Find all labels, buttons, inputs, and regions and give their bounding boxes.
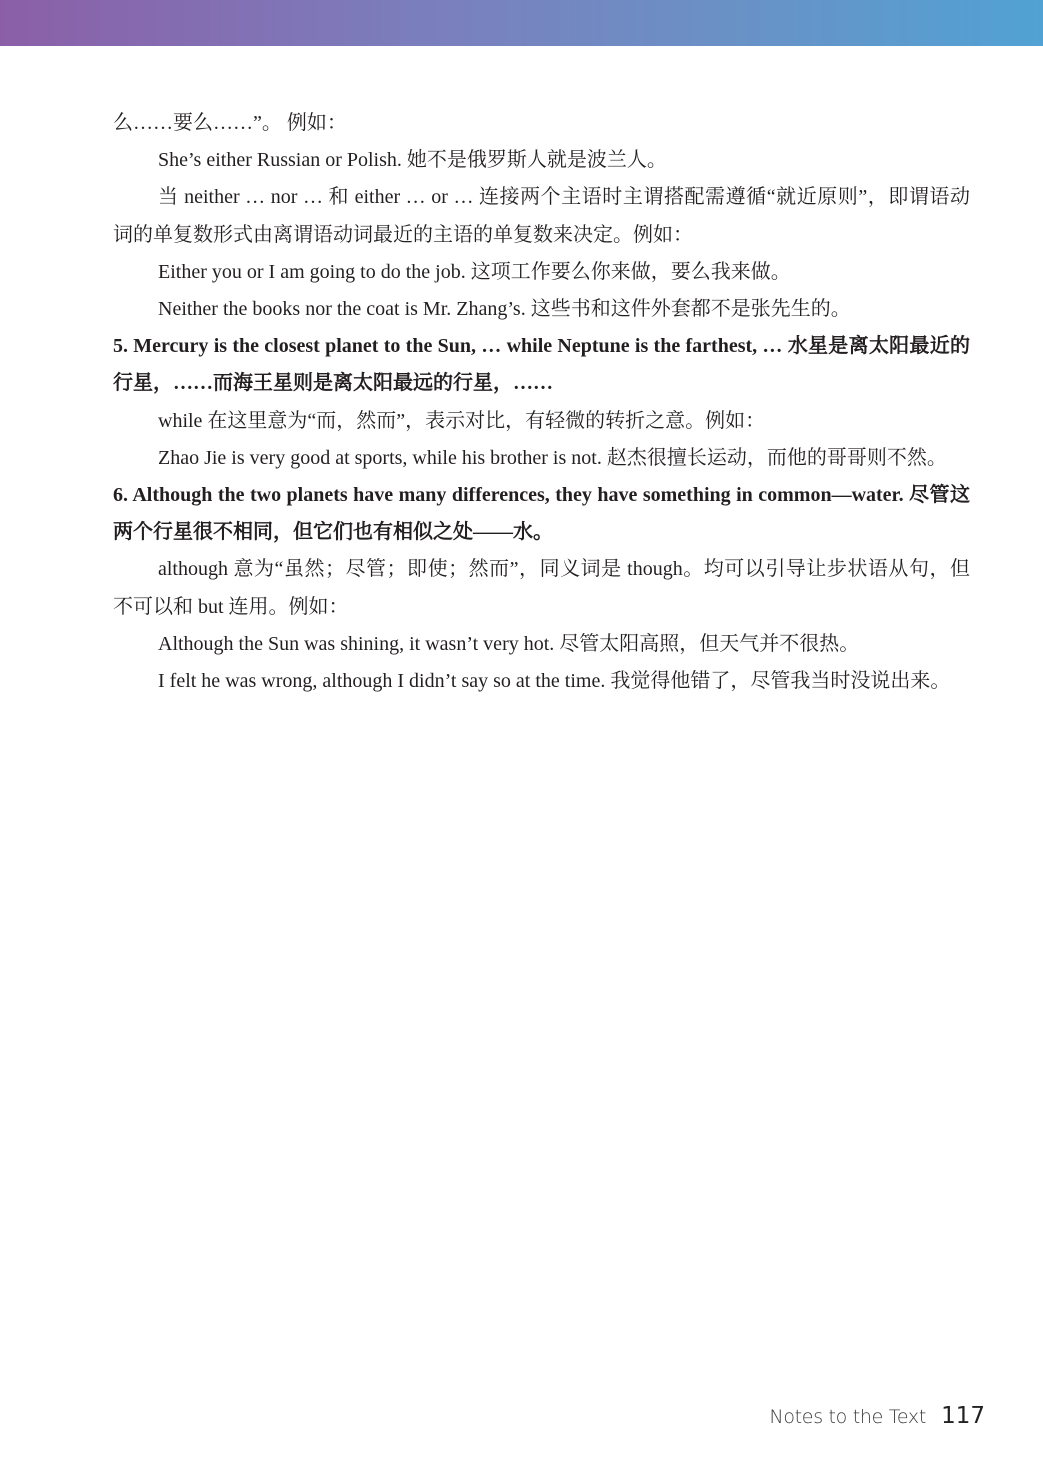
example-sentence: Although the Sun was shining, it wasn’t … (113, 626, 970, 663)
note-heading-5: 5. Mercury is the closest planet to the … (113, 328, 970, 402)
example-sentence: Zhao Jie is very good at sports, while h… (113, 440, 970, 477)
example-sentence: I felt he was wrong, although I didn’t s… (113, 663, 970, 700)
footer-section-title: Notes to the Text (769, 1406, 926, 1428)
explanation-paragraph: although 意为“虽然；尽管；即使；然而”，同义词是 though。均可以… (113, 551, 970, 625)
example-sentence: She’s either Russian or Polish. 她不是俄罗斯人就… (113, 142, 970, 179)
page-number: 117 (941, 1403, 985, 1429)
explanation-paragraph: while 在这里意为“而，然而”，表示对比，有轻微的转折之意。例如： (113, 403, 970, 440)
note-heading-6: 6. Although the two planets have many di… (113, 477, 970, 551)
page-body: 么……要么……”。 例如： She’s either Russian or Po… (113, 105, 970, 700)
page-footer: Notes to the Text 117 (769, 1403, 985, 1429)
example-sentence: Either you or I am going to do the job. … (113, 254, 970, 291)
paragraph-continuation: 么……要么……”。 例如： (113, 105, 970, 142)
example-sentence: Neither the books nor the coat is Mr. Zh… (113, 291, 970, 328)
header-color-band (0, 0, 1043, 46)
explanation-paragraph: 当 neither … nor … 和 either … or … 连接两个主语… (113, 179, 970, 253)
